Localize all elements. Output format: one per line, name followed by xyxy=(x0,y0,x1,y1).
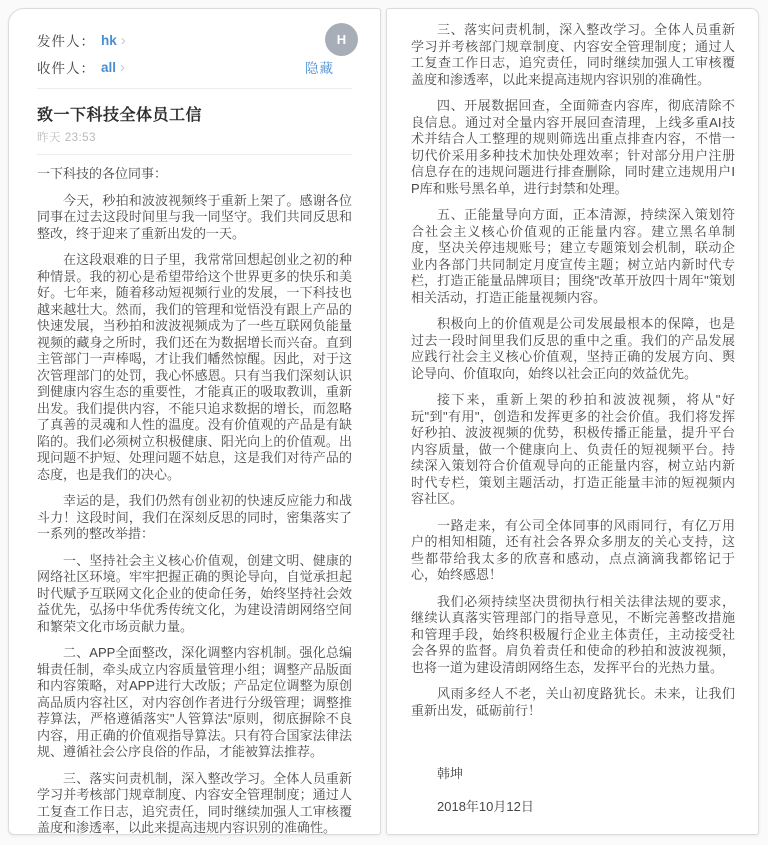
letter-paragraph: 积极向上的价值观是公司发展最根本的保障，也是过去一段时间里我们反思的重中之重。我… xyxy=(411,316,735,382)
avatar[interactable]: H xyxy=(325,23,358,56)
chevron-right-icon: › xyxy=(121,33,126,48)
letter-paragraph: 四、开展数据回查，全面筛查内容库，彻底清除不良信息。通过对全量内容开展回查清理，… xyxy=(411,98,735,197)
letter-paragraphs-page1: 今天，秒拍和波波视频终于重新上架了。感谢各位同事在过去这段时间里与我一同坚守。我… xyxy=(37,193,352,836)
letter-page-1: 发件人： hk › 收件人： all › 隐藏 H 致一下科技全体员工信 昨天 … xyxy=(8,8,381,835)
letter-paragraph: 接下来，重新上架的秒拍和波波视频，将从"好玩"到"有用"，创造和发挥更多的社会价… xyxy=(411,392,735,508)
letter-paragraph: 今天，秒拍和波波视频终于重新上架了。感谢各位同事在过去这段时间里与我一同坚守。我… xyxy=(37,193,352,243)
letter-page-2: 三、落实问责机制，深入整改学习。全体人员重新学习并考核部门规章制度、内容安全管理… xyxy=(386,8,759,835)
letter-paragraph: 我们必须持续坚决贯彻执行相关法律法规的要求，继续认真落实管理部门的指导意见，不断… xyxy=(411,594,735,677)
mail-header: 发件人： hk › 收件人： all › 隐藏 H 致一下科技全体员工信 昨天 … xyxy=(9,9,380,145)
sender-row: 发件人： hk › xyxy=(37,31,352,49)
mail-reader-screen: 发件人： hk › 收件人： all › 隐藏 H 致一下科技全体员工信 昨天 … xyxy=(8,8,759,835)
letter-paragraph: 风雨多经人不老，关山初度路犹长。未来，让我们重新出发，砥砺前行！ xyxy=(411,686,735,719)
signature-date: 2018年10月12日 xyxy=(411,796,735,815)
avatar-letter: H xyxy=(337,32,346,47)
chevron-right-icon: › xyxy=(120,60,125,75)
recipient-contact-link[interactable]: all › xyxy=(101,60,125,75)
letter-body-page2: 三、落实问责机制，深入整改学习。全体人员重新学习并考核部门规章制度、内容安全管理… xyxy=(387,9,758,815)
letter-paragraph: 五、正能量导向方面，正本清源，持续深入策划符合社会主义核心价值观的正能量内容。建… xyxy=(411,207,735,306)
letter-salutation: 一下科技的各位同事： xyxy=(37,166,352,183)
mail-subject-title: 致一下科技全体员工信 xyxy=(37,102,352,125)
hide-recipients-button[interactable]: 隐藏 xyxy=(305,57,334,77)
sender-label: 发件人： xyxy=(37,30,95,50)
letter-paragraph: 幸运的是，我们仍然有创业初的快速反应能力和战斗力！这段时间，我们在深刻反思的同时… xyxy=(37,493,352,543)
sender-value[interactable]: hk xyxy=(101,33,117,48)
letter-body-page1: 一下科技的各位同事： 今天，秒拍和波波视频终于重新上架了。感谢各位同事在过去这段… xyxy=(9,155,380,835)
letter-paragraph: 三、落实问责机制，深入整改学习。全体人员重新学习并考核部门规章制度、内容安全管理… xyxy=(411,22,735,88)
letter-paragraph: 一路走来，有公司全体同事的风雨同行，有亿万用户的相知相随，还有社会各界众多朋友的… xyxy=(411,518,735,584)
recipient-label: 收件人： xyxy=(37,57,95,77)
letter-paragraph: 在这段艰难的日子里，我常常回想起创业之初的种种情景。我的初心是希望带给这个世界更… xyxy=(37,252,352,483)
header-divider xyxy=(37,88,352,89)
letter-paragraphs-page2: 三、落实问责机制，深入整改学习。全体人员重新学习并考核部门规章制度、内容安全管理… xyxy=(411,22,735,719)
signature-name: 韩坤 xyxy=(411,763,735,782)
letter-paragraph: 三、落实问责机制，深入整改学习。全体人员重新学习并考核部门规章制度、内容安全管理… xyxy=(37,771,352,836)
mail-timestamp: 昨天 23:53 xyxy=(37,129,352,145)
recipient-value[interactable]: all xyxy=(101,60,116,75)
letter-paragraph: 二、APP全面整改，深化调整内容机制。强化总编辑责任制，牵头成立内容质量管理小组… xyxy=(37,645,352,761)
sender-contact-link[interactable]: hk › xyxy=(101,33,126,48)
letter-paragraph: 一、坚持社会主义核心价值观，创建文明、健康的网络社区环境。牢牢把握正确的舆论导向… xyxy=(37,553,352,636)
